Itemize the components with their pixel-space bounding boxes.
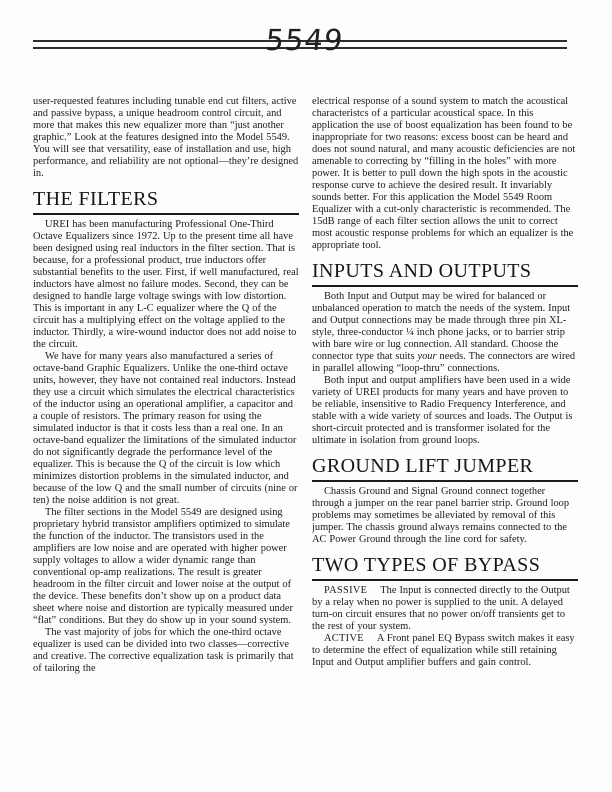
paragraph-label: ACTIVE (324, 633, 364, 644)
paragraph: UREI has been manufacturing Professional… (33, 219, 299, 351)
paragraph: ACTIVEA Front panel EQ Bypass switch mak… (312, 633, 578, 669)
paragraph-text: The filter sections in the Model 5549 ar… (33, 507, 293, 626)
paragraph: We have for many years also manufactured… (33, 351, 299, 507)
model-number: 5549 (264, 26, 345, 55)
paragraph-text: The vast majority of jobs for which the … (33, 627, 294, 674)
section-heading: GROUND LIFT JUMPER (312, 456, 578, 482)
paragraph-text: user-requested features including tunabl… (33, 96, 298, 179)
paragraph-text: We have for many years also manufactured… (33, 351, 298, 506)
paragraph-text: electrical response of a sound system to… (312, 96, 575, 251)
column-right: electrical response of a sound system to… (312, 96, 578, 792)
paragraph: Both Input and Output may be wired for b… (312, 291, 578, 375)
paragraph-text: Chassis Ground and Signal Ground connect… (312, 486, 569, 545)
page-header: 5549 (0, 0, 612, 70)
column-left: user-requested features including tunabl… (33, 96, 299, 792)
paragraph-text: Both input and output amplifiers have be… (312, 375, 572, 446)
datasheet-page: 5549 user-requested features including t… (0, 0, 612, 792)
section-heading: TWO TYPES OF BYPASS (312, 555, 578, 581)
paragraph: The vast majority of jobs for which the … (33, 627, 299, 675)
paragraph: PASSIVEThe Input is connected directly t… (312, 585, 578, 633)
paragraph-text: your (417, 351, 436, 362)
paragraph: Chassis Ground and Signal Ground connect… (312, 486, 578, 546)
section-heading: THE FILTERS (33, 189, 299, 215)
paragraph: electrical response of a sound system to… (312, 96, 578, 252)
paragraph: Both input and output amplifiers have be… (312, 375, 578, 447)
paragraph: user-requested features including tunabl… (33, 96, 299, 180)
paragraph-text: UREI has been manufacturing Professional… (33, 219, 299, 350)
paragraph-label: PASSIVE (324, 585, 367, 596)
section-heading: INPUTS AND OUTPUTS (312, 261, 578, 287)
paragraph: The filter sections in the Model 5549 ar… (33, 507, 299, 627)
page-columns: user-requested features including tunabl… (33, 96, 578, 792)
